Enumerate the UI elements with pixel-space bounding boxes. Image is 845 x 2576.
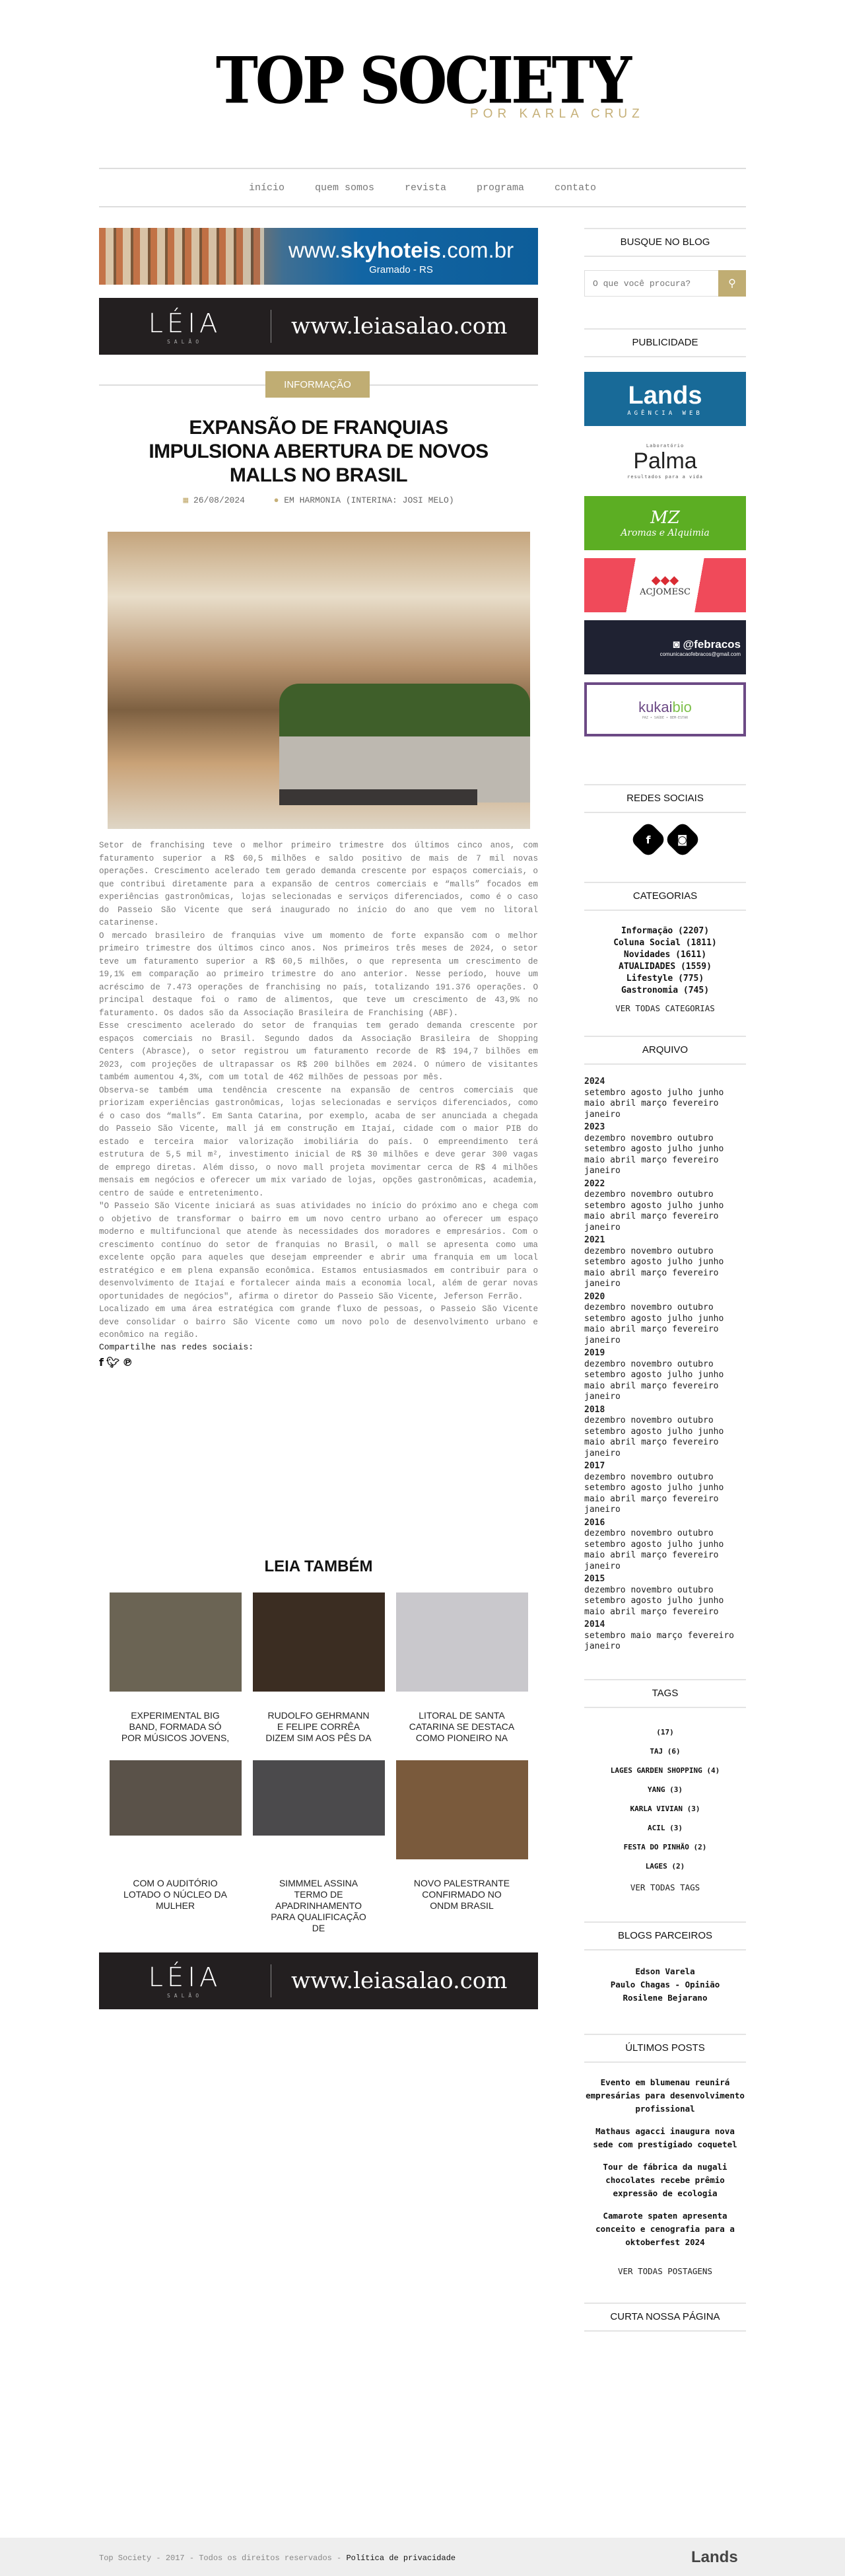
- related-thumbnail[interactable]: [396, 1760, 528, 1859]
- ad-lands[interactable]: Lands AGÊNCIA WEB: [584, 372, 746, 426]
- related-post[interactable]: RUDOLFO GEHRMANN E FELIPE CORRÊA DIZEM S…: [253, 1592, 385, 1744]
- image-detail: [279, 684, 530, 736]
- view-all-categories-link[interactable]: VER TODAS CATEGORIAS: [584, 1003, 746, 1013]
- widget-title-tags: TAGS: [584, 1679, 746, 1708]
- latest-posts: Evento em blumenau reunirá empresárias p…: [584, 2076, 746, 2249]
- leia-logo: LÉIA SALÃO: [99, 1962, 271, 1999]
- site-logo[interactable]: TOP SOCIETY: [0, 44, 845, 118]
- widget-title-partners: BLOGS PARCEIROS: [584, 1921, 746, 1950]
- post-title: EXPANSÃO DE FRANQUIAS IMPULSIONA ABERTUR…: [99, 416, 538, 487]
- archive-months[interactable]: dezembro novembro outubro setembro agost…: [584, 1246, 746, 1290]
- tag-link[interactable]: ACIL (3): [584, 1818, 746, 1838]
- divider: [271, 1964, 271, 1997]
- archive-months[interactable]: dezembro novembro outubro setembro agost…: [584, 1585, 746, 1618]
- ad-palma-logo: Palma: [633, 448, 696, 474]
- category-link[interactable]: Gastronomia (745): [584, 985, 746, 997]
- divider: [271, 310, 271, 343]
- leia-url: www.leiasalao.com: [291, 1968, 508, 1994]
- related-post-title[interactable]: COM O AUDITÓRIO LOTADO O NÚCLEO DA MULHE…: [110, 1878, 242, 1912]
- ad-kukaibio-a: kukai: [638, 699, 672, 715]
- social-links: f ◙: [584, 826, 746, 853]
- archive-year[interactable]: 2016: [584, 1518, 746, 1529]
- related-post[interactable]: COM O AUDITÓRIO LOTADO O NÚCLEO DA MULHE…: [110, 1760, 242, 1934]
- related-post[interactable]: EXPERIMENTAL BIG BAND, FORMADA SÓ POR MÚ…: [110, 1592, 242, 1744]
- main-nav: início quem somos revista programa conta…: [99, 168, 746, 207]
- nav-quem-somos[interactable]: quem somos: [315, 182, 374, 194]
- skyhoteis-url: www.skyhoteis.com.br: [264, 238, 538, 263]
- lands-credit-logo[interactable]: Lands: [691, 2548, 738, 2567]
- copyright-text: Top Society - 2017 - Todos os direitos r…: [99, 2554, 346, 2563]
- ad-kukaibio-b: bio: [673, 699, 692, 715]
- archive-months[interactable]: dezembro novembro outubro setembro agost…: [584, 1528, 746, 1572]
- related-thumbnail[interactable]: [253, 1592, 385, 1692]
- url-brand: skyhoteis: [341, 238, 441, 262]
- related-post-title[interactable]: SIMMMEL ASSINA TERMO DE APADRINHAMENTO P…: [253, 1878, 385, 1934]
- archive-year[interactable]: 2022: [584, 1179, 746, 1190]
- skyhoteis-banner[interactable]: www.skyhoteis.com.br Gramado - RS: [99, 228, 538, 285]
- archive-months[interactable]: dezembro novembro outubro setembro agost…: [584, 1303, 746, 1346]
- nav-contato[interactable]: contato: [555, 182, 596, 194]
- archive-year[interactable]: 2024: [584, 1077, 746, 1088]
- post-hero-image: [108, 532, 530, 829]
- site-footer: Top Society - 2017 - Todos os direitos r…: [0, 2538, 845, 2576]
- facebook-icon: f: [646, 834, 650, 846]
- archive-months[interactable]: setembro agosto julho junho maio abril m…: [584, 1088, 746, 1121]
- ad-kukaibio-tagline: PAZ • SAÚDE • BEM-ESTAR: [642, 716, 688, 720]
- site-header: TOP SOCIETY POR KARLA CRUZ: [0, 0, 845, 165]
- ad-febracos-handle: ◙ @febracos: [673, 638, 741, 651]
- related-post[interactable]: SIMMMEL ASSINA TERMO DE APADRINHAMENTO P…: [253, 1760, 385, 1934]
- archive-year[interactable]: 2020: [584, 1292, 746, 1303]
- share-icons: f 🐦︎ ℗: [99, 1356, 538, 1369]
- archive-months[interactable]: setembro maio março fevereiro janeiro: [584, 1631, 746, 1653]
- archive-year[interactable]: 2014: [584, 1620, 746, 1631]
- category-link[interactable]: Informação (2207): [584, 925, 746, 937]
- archive-months[interactable]: dezembro novembro outubro setembro agost…: [584, 1190, 746, 1233]
- widget-title-search: BUSQUE NO BLOG: [584, 228, 746, 257]
- leia-salao-banner[interactable]: LÉIA SALÃO www.leiasalao.com: [99, 298, 538, 355]
- related-post-title[interactable]: EXPERIMENTAL BIG BAND, FORMADA SÓ POR MÚ…: [110, 1710, 242, 1744]
- tag-link[interactable]: KARLA VIVIAN (3): [584, 1799, 746, 1818]
- page: TOP SOCIETY POR KARLA CRUZ início quem s…: [0, 0, 845, 2576]
- leia-logo: LÉIA SALÃO: [99, 308, 271, 345]
- ad-acjomesc-mark: ◆◆◆: [652, 573, 679, 587]
- nav-revista[interactable]: revista: [405, 182, 446, 194]
- ad-palma[interactable]: Laboratório Palma resultados para a vida: [584, 434, 746, 488]
- archive-months[interactable]: dezembro novembro outubro setembro agost…: [584, 1472, 746, 1516]
- related-grid: EXPERIMENTAL BIG BAND, FORMADA SÓ POR MÚ…: [99, 1592, 538, 1934]
- tag-link[interactable]: LAGES (2): [584, 1857, 746, 1876]
- facebook-icon[interactable]: f: [99, 1356, 104, 1369]
- ad-mz-aromas[interactable]: MZ Aromas e Alquimia: [584, 496, 746, 550]
- copyright: Top Society - 2017 - Todos os direitos r…: [99, 2554, 456, 2563]
- ad-acjomesc-name: ACJOMESC: [640, 587, 691, 597]
- search-form: ⚲: [584, 270, 746, 297]
- tag-link[interactable]: LAGES GARDEN SHOPPING (4): [584, 1761, 746, 1780]
- widget-title-social: REDES SOCIAIS: [584, 784, 746, 813]
- search-button[interactable]: ⚲: [718, 270, 746, 297]
- paragraph: Setor de franchising teve o melhor prime…: [99, 840, 538, 930]
- related-thumbnail[interactable]: [253, 1760, 385, 1836]
- post-date: 26/08/2024: [193, 495, 245, 505]
- latest-post-link[interactable]: Camarote spaten apresenta conceito e cen…: [584, 2209, 746, 2249]
- widget-title-like: CURTA NOSSA PÁGINA: [584, 2303, 746, 2332]
- ad-lands-tagline: AGÊNCIA WEB: [627, 410, 703, 417]
- leia-logo-sub: SALÃO: [99, 1993, 271, 1999]
- instagram-icon: ◙: [677, 834, 688, 846]
- leia-logo-word: LÉIA: [99, 1962, 271, 1993]
- ad-palma-tagline: resultados para a vida: [627, 474, 703, 480]
- archive-months[interactable]: dezembro novembro outubro setembro agost…: [584, 1359, 746, 1403]
- tag-list: (17) TAJ (6) LAGES GARDEN SHOPPING (4) Y…: [584, 1723, 746, 1876]
- archive-year[interactable]: 2019: [584, 1348, 746, 1359]
- widget-title-latest: ÚLTIMOS POSTS: [584, 2034, 746, 2063]
- tag-link[interactable]: YANG (3): [584, 1780, 746, 1799]
- search-icon: ⚲: [728, 278, 736, 289]
- paragraph: Localizado em uma área estratégica com g…: [99, 1303, 538, 1342]
- search-input[interactable]: [584, 270, 718, 297]
- widget-title-archive: ARQUIVO: [584, 1036, 746, 1065]
- ad-kukaibio[interactable]: kukaibio PAZ • SAÚDE • BEM-ESTAR: [584, 682, 746, 736]
- archive-year[interactable]: 2017: [584, 1461, 746, 1472]
- ad-febracos[interactable]: ◙ @febracos comunicacaofebracos@gmail.co…: [584, 620, 746, 674]
- url-prefix: www.: [288, 238, 341, 262]
- ad-lands-logo: Lands: [628, 382, 702, 410]
- archive-list: 2024 setembro agosto julho junho maio ab…: [584, 1077, 746, 1653]
- main-content: www.skyhoteis.com.br Gramado - RS LÉIA S…: [99, 228, 538, 2009]
- share-label: Compartilhe nas redes sociais:: [99, 1342, 538, 1352]
- ad-mz-tagline: Aromas e Alquimia: [621, 528, 709, 538]
- widget-title-ads: PUBLICIDADE: [584, 328, 746, 357]
- related-title: LEIA TAMBÉM: [99, 1557, 538, 1576]
- ad-mz-logo: MZ: [650, 508, 680, 528]
- sidebar: BUSQUE NO BLOG ⚲ PUBLICIDADE Lands AGÊNC…: [584, 228, 746, 2332]
- ad-febracos-email: comunicacaofebracos@gmail.com: [660, 651, 741, 657]
- skyhoteis-city: Gramado - RS: [264, 264, 538, 275]
- category-link[interactable]: ATUALIDADES (1559): [584, 961, 746, 973]
- view-all-posts-link[interactable]: VER TODAS POSTAGENS: [584, 2266, 746, 2276]
- site-tagline: POR KARLA CRUZ: [470, 107, 644, 122]
- latest-post-link[interactable]: Mathaus agacci inaugura nova sede com pr…: [584, 2125, 746, 2151]
- facebook-link[interactable]: f: [629, 821, 667, 859]
- instagram-link[interactable]: ◙: [663, 821, 701, 859]
- leia-logo-sub: SALÃO: [99, 339, 271, 345]
- ad-palma-top: Laboratório: [646, 443, 684, 448]
- related-post[interactable]: NOVO PALESTRANTE CONFIRMADO NO ONDM BRAS…: [396, 1760, 528, 1934]
- tag-link[interactable]: TAJ (6): [584, 1742, 746, 1761]
- privacy-policy-link[interactable]: Política de privacidade: [346, 2554, 456, 2563]
- related-post-title[interactable]: RUDOLFO GEHRMANN E FELIPE CORRÊA DIZEM S…: [253, 1710, 385, 1744]
- related-post-title[interactable]: NOVO PALESTRANTE CONFIRMADO NO ONDM BRAS…: [396, 1878, 528, 1912]
- post-meta: ▦ 26/08/2024 ● EM HARMONIA (INTERINA: JO…: [99, 495, 538, 505]
- ad-kukaibio-logo: kukaibio: [638, 699, 692, 716]
- leia-salao-banner-bottom[interactable]: LÉIA SALÃO www.leiasalao.com: [99, 1952, 538, 2009]
- archive-year[interactable]: 2021: [584, 1235, 746, 1246]
- archive-year[interactable]: 2018: [584, 1405, 746, 1416]
- hotel-photo: [99, 228, 264, 285]
- latest-post-link[interactable]: Tour de fábrica da nugali chocolates rec…: [584, 2161, 746, 2200]
- nav-programa[interactable]: programa: [477, 182, 524, 194]
- category-list: Informação (2207) Coluna Social (1811) N…: [584, 925, 746, 997]
- ad-febracos-handle-text: @febracos: [683, 638, 741, 651]
- related-thumbnail[interactable]: [110, 1760, 242, 1836]
- related-post-title[interactable]: LITORAL DE SANTA CATARINA SE DESTACA COM…: [396, 1710, 528, 1744]
- user-icon: ●: [274, 495, 279, 505]
- paragraph: Observa-se também uma tendência crescent…: [99, 1085, 538, 1201]
- latest-post-link[interactable]: Evento em blumenau reunirá empresárias p…: [584, 2076, 746, 2116]
- archive-months[interactable]: dezembro novembro outubro setembro agost…: [584, 1133, 746, 1177]
- paragraph: Esse crescimento acelerado do setor de f…: [99, 1020, 538, 1085]
- paragraph: O mercado brasileiro de franquias vive u…: [99, 930, 538, 1020]
- category-link[interactable]: Lifestyle (775): [584, 973, 746, 985]
- twitter-icon[interactable]: 🐦︎: [106, 1356, 119, 1369]
- category-badge[interactable]: INFORMAÇÃO: [265, 371, 370, 398]
- instagram-icon: ◙: [673, 638, 683, 651]
- related-post[interactable]: LITORAL DE SANTA CATARINA SE DESTACA COM…: [396, 1592, 528, 1744]
- url-suffix: .com.br: [441, 238, 514, 262]
- widget-title-categories: CATEGORIAS: [584, 882, 746, 911]
- archive-year[interactable]: 2015: [584, 1574, 746, 1585]
- related-thumbnail[interactable]: [396, 1592, 528, 1692]
- pinterest-icon[interactable]: ℗: [122, 1356, 133, 1369]
- archive-months[interactable]: dezembro novembro outubro setembro agost…: [584, 1415, 746, 1459]
- leia-url: www.leiasalao.com: [291, 313, 508, 340]
- tag-link[interactable]: (17): [584, 1723, 746, 1742]
- ad-acjomesc[interactable]: ◆◆◆ ACJOMESC: [584, 558, 746, 612]
- category-link[interactable]: Coluna Social (1811): [584, 937, 746, 949]
- related-thumbnail[interactable]: [110, 1592, 242, 1692]
- partner-link[interactable]: Edson Varela: [584, 1965, 746, 1978]
- leia-logo-word: LÉIA: [99, 308, 271, 339]
- tag-link[interactable]: FESTA DO PINHÃO (2): [584, 1838, 746, 1857]
- image-detail: [279, 789, 477, 805]
- category-bar: INFORMAÇÃO: [99, 371, 538, 398]
- paragraph: "O Passeio São Vicente iniciará as suas …: [99, 1200, 538, 1303]
- partner-blogs: Edson Varela Paulo Chagas - Opinião Rosi…: [584, 1965, 746, 2005]
- skyhoteis-text: www.skyhoteis.com.br Gramado - RS: [264, 238, 538, 275]
- view-all-tags-link[interactable]: VER TODAS TAGS: [584, 1882, 746, 1892]
- post-body: Setor de franchising teve o melhor prime…: [99, 840, 538, 1342]
- calendar-icon: ▦: [183, 495, 188, 505]
- archive-year[interactable]: 2023: [584, 1122, 746, 1133]
- category-link[interactable]: Novidades (1611): [584, 949, 746, 961]
- partner-link[interactable]: Rosilene Bejarano: [584, 1991, 746, 2005]
- partner-link[interactable]: Paulo Chagas - Opinião: [584, 1978, 746, 1991]
- post-author[interactable]: EM HARMONIA (INTERINA: JOSI MELO): [284, 495, 454, 505]
- nav-inicio[interactable]: início: [249, 182, 285, 194]
